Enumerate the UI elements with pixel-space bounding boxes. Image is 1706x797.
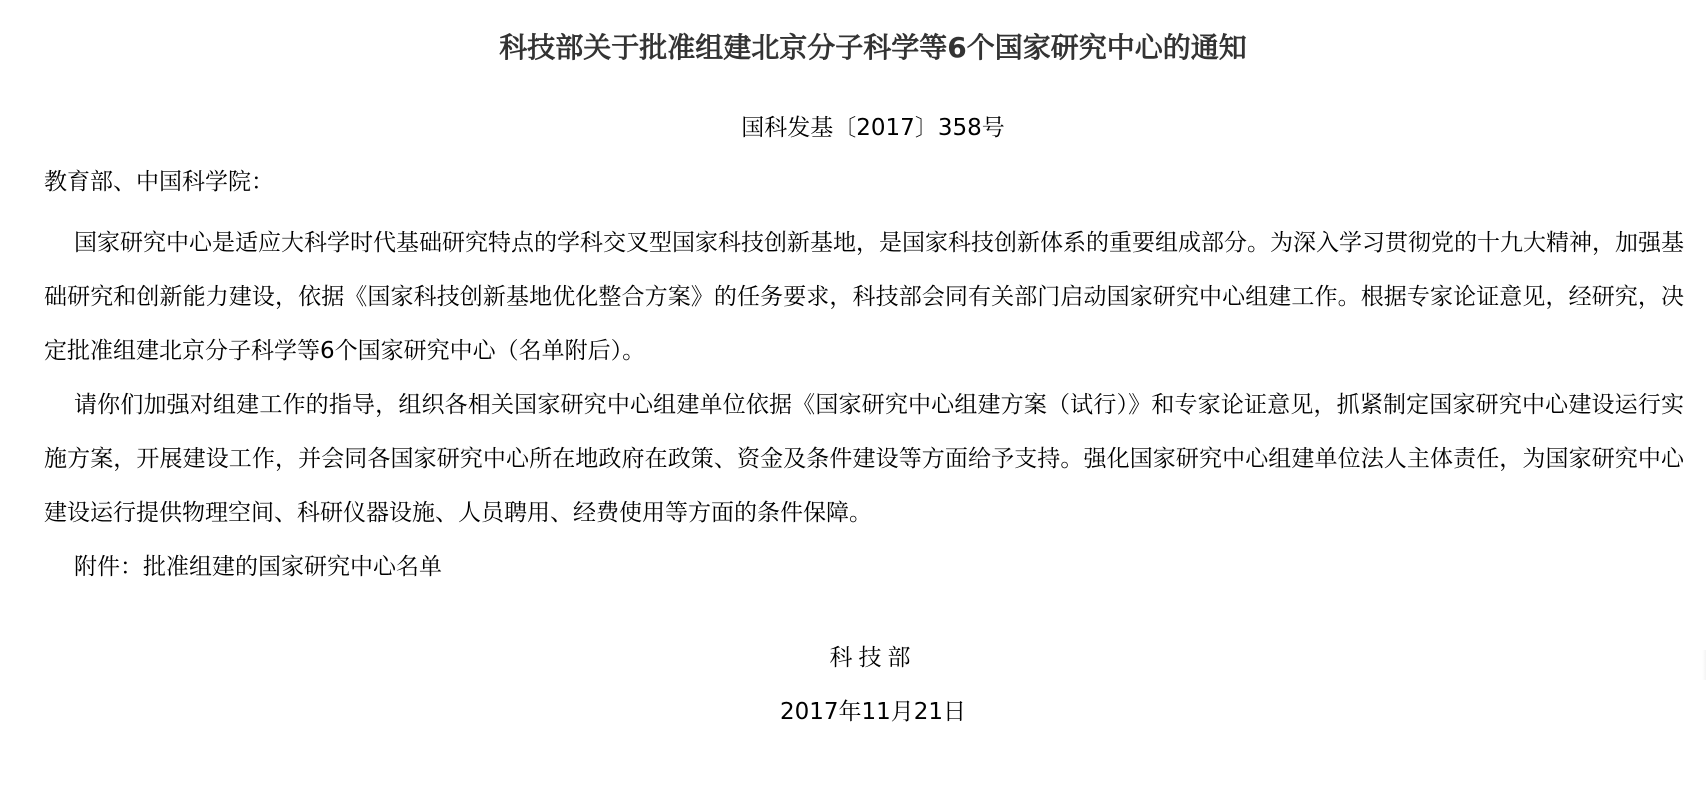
document-body: 国家研究中心是适应大科学时代基础研究特点的学科交叉型国家科技创新基地，是国家科技… [44,216,1684,594]
issue-date: 2017年11月21日 [44,696,1702,728]
issuer-signature: 科技部 [44,642,1702,674]
document-title: 科技部关于批准组建北京分子科学等6个国家研究中心的通知 [44,28,1702,68]
salutation: 教育部、中国科学院： [44,166,274,198]
document-number: 国科发基〔2017〕358号 [44,112,1702,144]
body-paragraph-1: 国家研究中心是适应大科学时代基础研究特点的学科交叉型国家科技创新基地，是国家科技… [44,216,1684,378]
attachment-note: 附件：批准组建的国家研究中心名单 [44,540,1684,594]
body-paragraph-2: 请你们加强对组建工作的指导，组织各相关国家研究中心组建单位依据《国家研究中心组建… [44,378,1684,540]
edge-shadow [1702,650,1706,680]
